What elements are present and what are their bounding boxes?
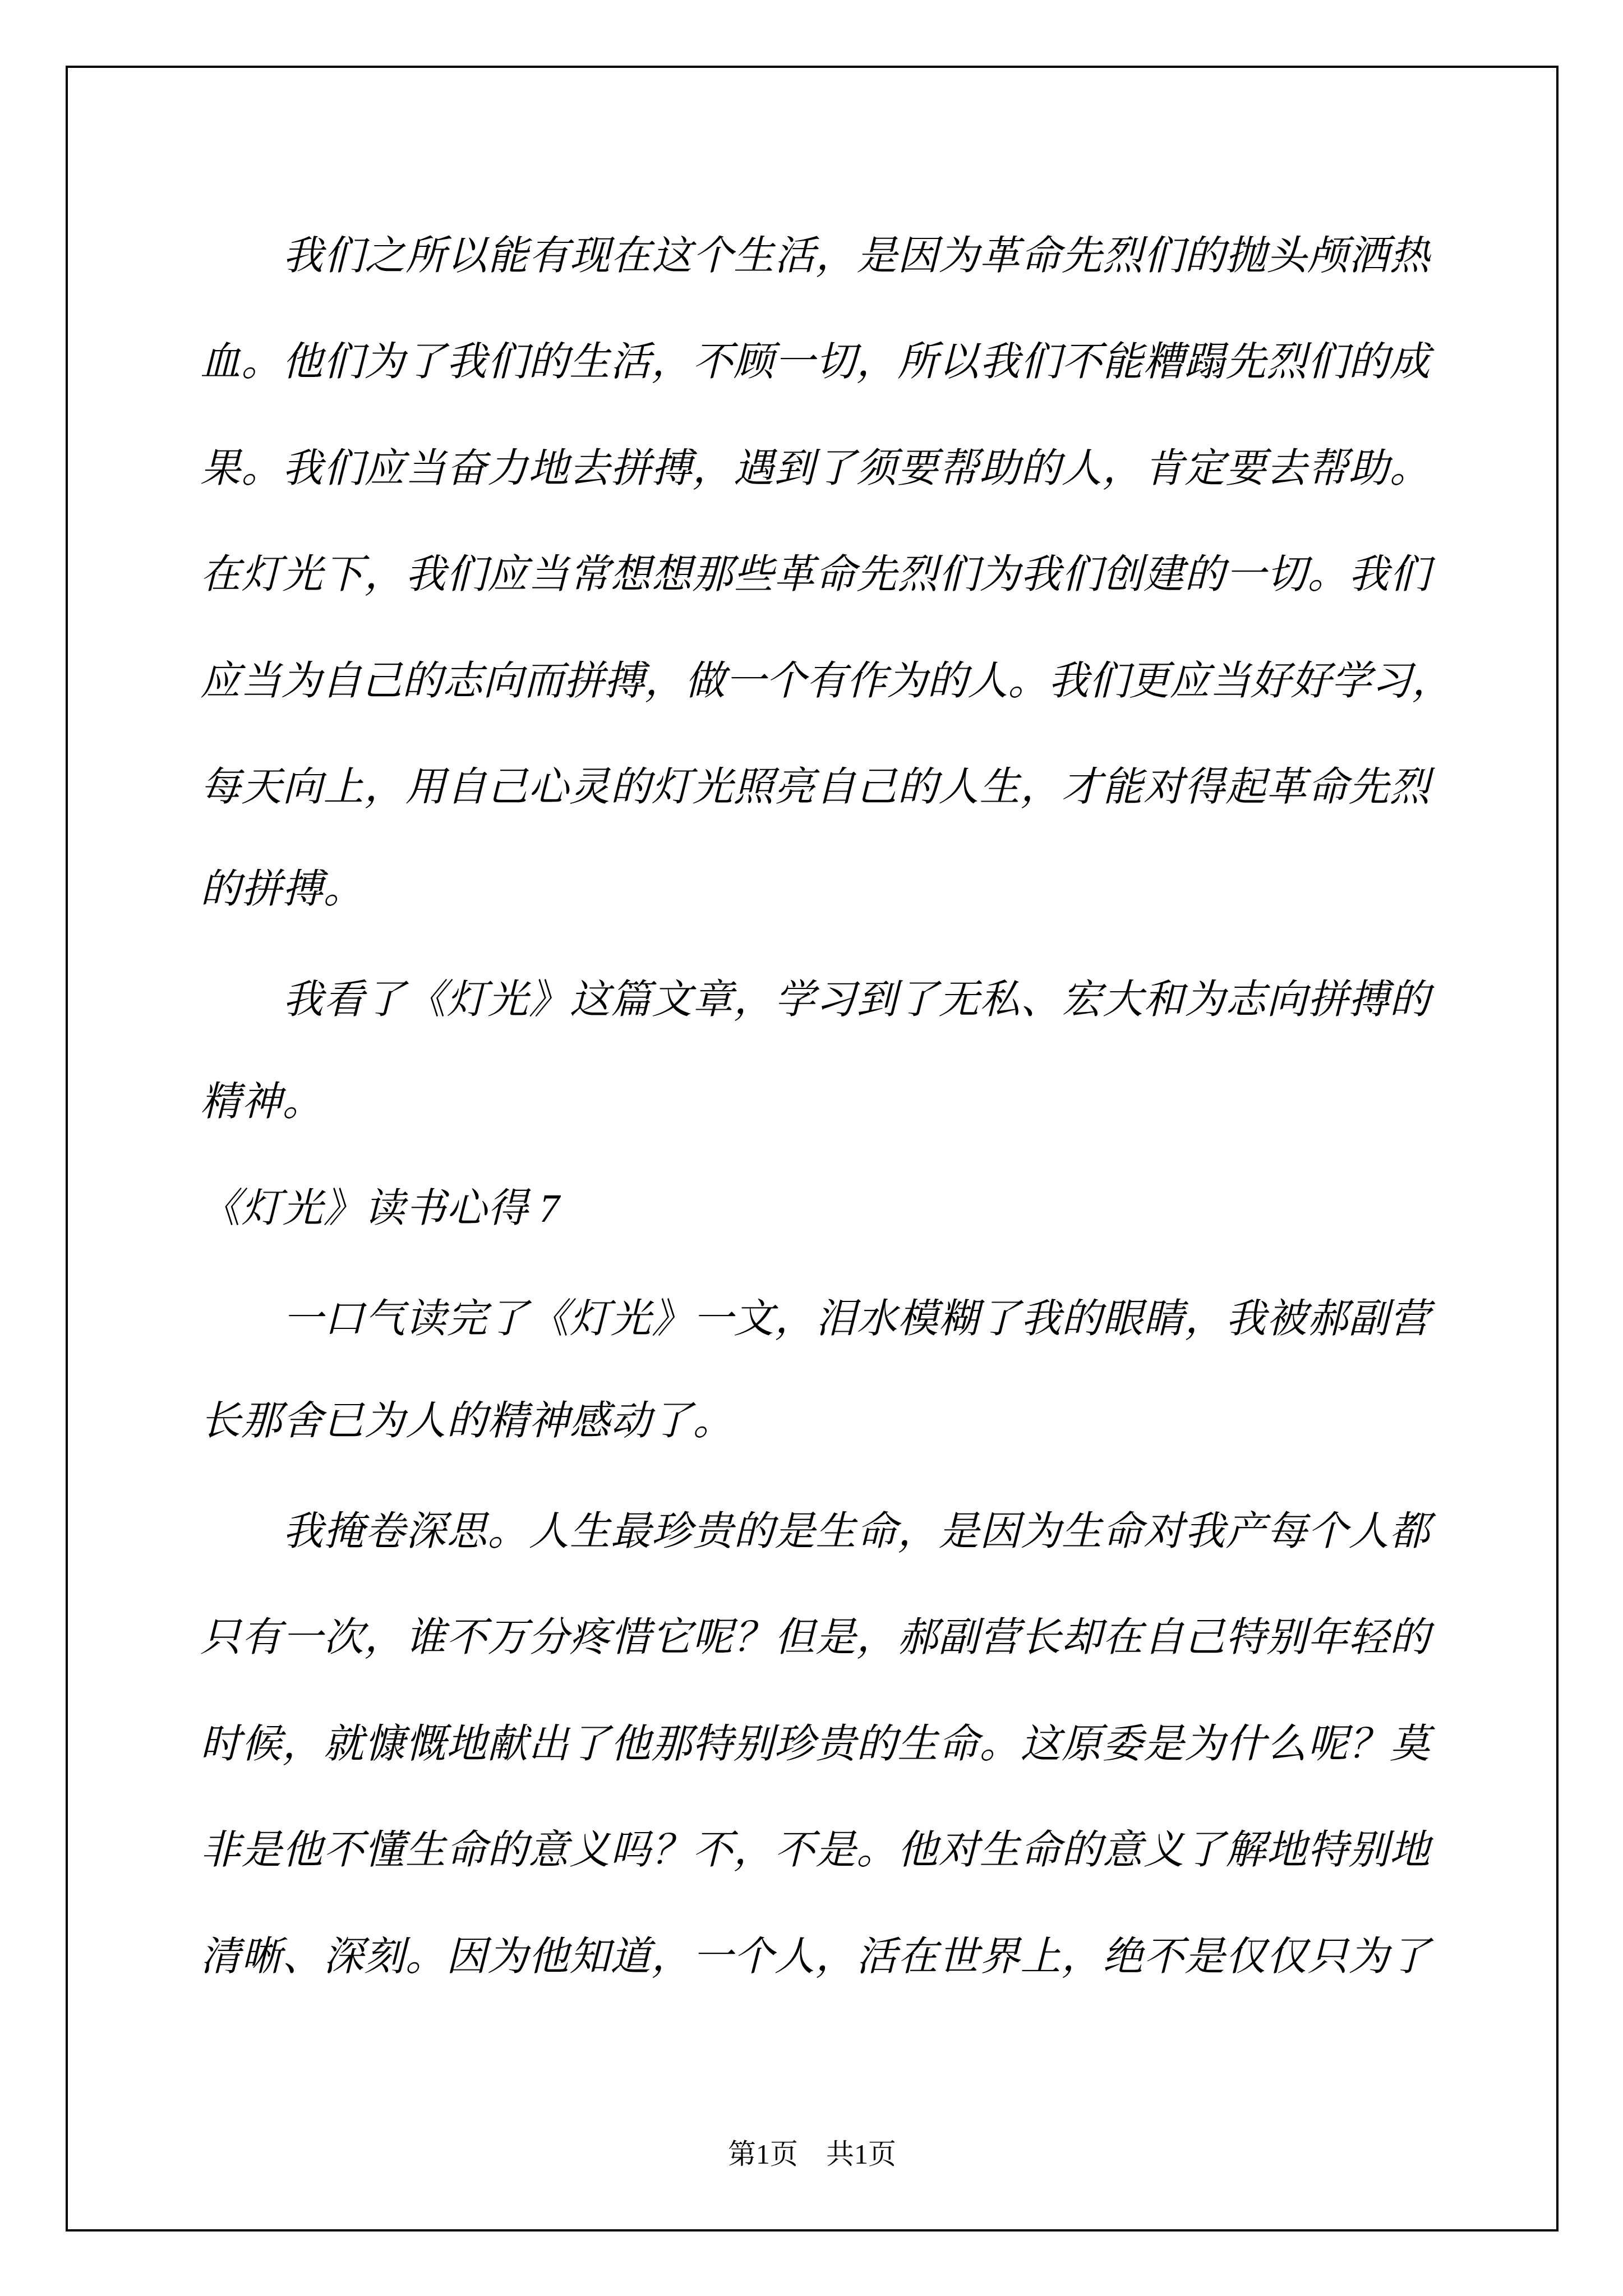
char: 搏 bbox=[1349, 967, 1389, 1025]
char: 是 bbox=[815, 1604, 856, 1663]
char: 应 bbox=[365, 435, 405, 494]
char: 。 bbox=[241, 329, 282, 387]
char: 人 bbox=[529, 1498, 569, 1557]
indent-space bbox=[200, 1527, 282, 1527]
char: 的 bbox=[1390, 967, 1430, 1025]
char: 了 bbox=[569, 1711, 610, 1769]
char: 我 bbox=[1349, 541, 1389, 600]
char: 什 bbox=[1225, 1711, 1266, 1769]
char: 己 bbox=[856, 754, 897, 812]
char: 的 bbox=[1349, 329, 1389, 387]
char: 完 bbox=[446, 1286, 487, 1344]
char: 去 bbox=[569, 435, 610, 494]
char: 助 bbox=[1349, 435, 1389, 494]
char: 们 bbox=[1390, 541, 1430, 600]
char: ， bbox=[1184, 1286, 1225, 1344]
char: ， bbox=[1103, 435, 1143, 494]
char: 》 bbox=[529, 967, 569, 1025]
char: 只 bbox=[1307, 1924, 1348, 1982]
char: 。 bbox=[405, 1924, 446, 1982]
char: 万 bbox=[487, 1604, 528, 1663]
char: 么 bbox=[1266, 1711, 1307, 1769]
char: 颅 bbox=[1307, 223, 1348, 281]
char: 谁 bbox=[405, 1604, 446, 1663]
char: 向 bbox=[483, 648, 523, 706]
char: 的 bbox=[1184, 541, 1225, 600]
char: 活 bbox=[856, 1924, 897, 1982]
char: 为 bbox=[887, 648, 927, 706]
char: 灯 bbox=[446, 967, 487, 1025]
char: 时 bbox=[200, 1711, 241, 1769]
char: 是 bbox=[1144, 1711, 1184, 1769]
char: 特 bbox=[693, 1711, 733, 1769]
char: 人 bbox=[938, 754, 979, 812]
char: 生 bbox=[570, 1498, 610, 1557]
char: ？ bbox=[1349, 1711, 1389, 1769]
char: 己 bbox=[487, 754, 528, 812]
char: 产 bbox=[1225, 1498, 1266, 1557]
char: 烈 bbox=[1103, 223, 1143, 281]
char: 懂 bbox=[365, 1817, 405, 1875]
char: 光 bbox=[693, 754, 733, 812]
text-line: 时候，就慷慨地献出了他那特别珍贵的生命。这原委是为什么呢？莫 bbox=[200, 1687, 1430, 1793]
section-heading-line: 《灯光》读书心得 7 bbox=[200, 1156, 1430, 1262]
char: 们 bbox=[938, 541, 979, 600]
document-body: 我们之所以能有现在这个生活，是因为革命先烈们的抛头颅洒热血。他们为了我们的生活，… bbox=[200, 199, 1430, 2006]
char: 生 bbox=[815, 1498, 856, 1557]
char: 为 bbox=[939, 223, 979, 281]
char: 一 bbox=[725, 648, 766, 706]
char: 好 bbox=[1290, 648, 1331, 706]
char: 光 bbox=[611, 1286, 651, 1344]
char: 那 bbox=[693, 541, 733, 600]
char: 命 bbox=[1021, 223, 1061, 281]
char: 是 bbox=[856, 223, 897, 281]
char: 更 bbox=[1129, 648, 1169, 706]
char: ， bbox=[1062, 1924, 1102, 1982]
char: ， bbox=[856, 1604, 897, 1663]
char: 疼 bbox=[569, 1604, 610, 1663]
char: 献 bbox=[487, 1711, 528, 1769]
char: 去 bbox=[1266, 435, 1307, 494]
char: 绝 bbox=[1103, 1924, 1143, 1982]
char: 活 bbox=[610, 329, 651, 387]
char: 不 bbox=[323, 1817, 363, 1875]
char: ， bbox=[897, 1498, 938, 1557]
char: 意 bbox=[528, 1817, 569, 1875]
char: 我 bbox=[1184, 1498, 1225, 1557]
char: ， bbox=[815, 1924, 856, 1982]
char: 地 bbox=[528, 435, 569, 494]
char: 了 bbox=[1184, 1817, 1225, 1875]
char: 光 bbox=[282, 541, 322, 600]
char: 烈 bbox=[1266, 329, 1307, 387]
char: 了 bbox=[897, 967, 938, 1025]
char: 用 bbox=[405, 754, 446, 812]
char: 次 bbox=[323, 1604, 363, 1663]
char: 顾 bbox=[734, 329, 774, 387]
char: 我 bbox=[282, 435, 322, 494]
char: 当 bbox=[1210, 648, 1250, 706]
char: 的 bbox=[927, 648, 967, 706]
char: 上 bbox=[1021, 1924, 1061, 1982]
char: 郝 bbox=[1307, 1286, 1348, 1344]
char: 到 bbox=[774, 435, 815, 494]
char: 命 bbox=[446, 1817, 487, 1875]
char: 的 bbox=[1062, 1286, 1102, 1344]
char: 吗 bbox=[610, 1817, 651, 1875]
char: 我 bbox=[1021, 541, 1061, 600]
char: ， bbox=[651, 1924, 691, 1982]
char: ， bbox=[774, 1286, 815, 1344]
char: 下 bbox=[323, 541, 363, 600]
char: 习 bbox=[815, 967, 856, 1025]
char: 学 bbox=[774, 967, 815, 1025]
char: 命 bbox=[1021, 1817, 1061, 1875]
char: 才 bbox=[1062, 754, 1102, 812]
char: 己 bbox=[1184, 1604, 1225, 1663]
indent-space bbox=[200, 1314, 282, 1315]
char: 珍 bbox=[652, 1498, 692, 1557]
char: 我 bbox=[979, 329, 1020, 387]
char: ， bbox=[651, 329, 691, 387]
char: 常 bbox=[569, 541, 610, 600]
text-line: 非是他不懂生命的意义吗？不，不是。他对生命的意义了解地特别地 bbox=[200, 1793, 1430, 1900]
char: 地 bbox=[1266, 1817, 1307, 1875]
text-line: 我掩卷深思。人生最珍贵的是生命，是因为生命对我产每个人都 bbox=[200, 1474, 1430, 1581]
char: ， bbox=[693, 435, 733, 494]
char: 看 bbox=[324, 967, 364, 1025]
char: 成 bbox=[1390, 329, 1430, 387]
char: 亮 bbox=[774, 754, 815, 812]
char: 不 bbox=[446, 1604, 487, 1663]
char: 向 bbox=[1266, 967, 1307, 1025]
char: 每 bbox=[200, 754, 241, 812]
char: 解 bbox=[1225, 1817, 1266, 1875]
char: 们 bbox=[1089, 648, 1129, 706]
char: 生 bbox=[897, 1711, 938, 1769]
indent-space bbox=[200, 251, 282, 252]
char: 自 bbox=[815, 754, 856, 812]
char: 只 bbox=[200, 1604, 241, 1663]
char: 先 bbox=[1225, 329, 1266, 387]
char: 奋 bbox=[446, 435, 487, 494]
char: 文 bbox=[734, 1286, 774, 1344]
text-line: 长那舍已为人的精神感动了。 bbox=[200, 1368, 1430, 1475]
char: 深 bbox=[405, 1498, 446, 1557]
char: ？ bbox=[651, 1817, 691, 1875]
char: 拼 bbox=[610, 435, 651, 494]
char: 能 bbox=[1103, 329, 1143, 387]
char: 。 bbox=[241, 435, 282, 494]
char: 不 bbox=[693, 1817, 733, 1875]
char: 为 bbox=[281, 648, 321, 706]
char: 他 bbox=[610, 1711, 651, 1769]
char: 创 bbox=[1103, 541, 1143, 600]
char: 知 bbox=[569, 1924, 610, 1982]
char: 拼 bbox=[564, 648, 604, 706]
char: 一 bbox=[693, 1286, 733, 1344]
char: 灯 bbox=[570, 1286, 610, 1344]
char: 个 bbox=[766, 648, 806, 706]
char: 私 bbox=[980, 967, 1020, 1025]
char: 要 bbox=[1225, 435, 1266, 494]
char: 是 bbox=[774, 1498, 815, 1557]
char: 他 bbox=[528, 1924, 569, 1982]
char: 命 bbox=[1307, 754, 1348, 812]
char: 。 bbox=[1008, 648, 1048, 706]
char: 宏 bbox=[1062, 967, 1102, 1025]
char: ， bbox=[365, 1604, 405, 1663]
char: 了 bbox=[405, 329, 446, 387]
char: 为 bbox=[1184, 967, 1225, 1025]
char: 上 bbox=[323, 754, 363, 812]
char: 生 bbox=[734, 223, 774, 281]
char: 一 bbox=[774, 329, 815, 387]
char: 呢 bbox=[693, 1604, 733, 1663]
char: 别 bbox=[734, 1711, 774, 1769]
char: 惜 bbox=[610, 1604, 651, 1663]
char: 们 bbox=[1062, 541, 1102, 600]
char: ， bbox=[734, 1817, 774, 1875]
char: 的 bbox=[734, 1498, 774, 1557]
char: 最 bbox=[611, 1498, 651, 1557]
char: 长 bbox=[1021, 1604, 1061, 1663]
char: 别 bbox=[1266, 1604, 1307, 1663]
char: 界 bbox=[979, 1924, 1020, 1982]
char: 的 bbox=[487, 1817, 528, 1875]
page-footer: 第1页 共1页 bbox=[66, 2136, 1559, 2172]
text-line: 精神。 bbox=[200, 1049, 1430, 1156]
char: 我 bbox=[283, 967, 323, 1025]
char: 我 bbox=[283, 223, 323, 281]
char: 到 bbox=[856, 967, 897, 1025]
char: 助 bbox=[979, 435, 1020, 494]
char: 珍 bbox=[774, 1711, 815, 1769]
char: 了 bbox=[365, 967, 405, 1025]
char: 志 bbox=[1225, 967, 1266, 1025]
char: 以 bbox=[938, 329, 979, 387]
char: 我 bbox=[1048, 648, 1089, 706]
char: 的 bbox=[897, 754, 938, 812]
char: 人 bbox=[967, 648, 1008, 706]
char: 灯 bbox=[241, 541, 282, 600]
char: 们 bbox=[1144, 223, 1184, 281]
char: 天 bbox=[241, 754, 282, 812]
char: 的 bbox=[1021, 435, 1061, 494]
char: 应 bbox=[200, 648, 241, 706]
char: 不 bbox=[693, 329, 733, 387]
char: 的 bbox=[402, 648, 442, 706]
char: 拼 bbox=[1307, 967, 1348, 1025]
char: ， bbox=[1021, 754, 1061, 812]
char: 这 bbox=[1021, 1711, 1061, 1769]
char: 先 bbox=[1062, 223, 1102, 281]
char: 的 bbox=[1184, 223, 1225, 281]
char: 搏 bbox=[604, 648, 644, 706]
char: 蹋 bbox=[1184, 329, 1225, 387]
char: 篇 bbox=[611, 967, 651, 1025]
text-line: 一口气读完了《灯光》一文，泪水模糊了我的眼睛，我被郝副营 bbox=[200, 1262, 1430, 1368]
char: 我 bbox=[1225, 1286, 1266, 1344]
char: 的 bbox=[1062, 1817, 1102, 1875]
char: 一 bbox=[283, 1286, 323, 1344]
indent-space bbox=[200, 996, 282, 996]
char: 晰 bbox=[241, 1924, 282, 1982]
char: 抛 bbox=[1225, 223, 1266, 281]
char: 义 bbox=[1144, 1817, 1184, 1875]
char: 。 bbox=[979, 1711, 1020, 1769]
char: 好 bbox=[1250, 648, 1290, 706]
char: 们 bbox=[1021, 329, 1061, 387]
char: 想 bbox=[651, 541, 691, 600]
char: 他 bbox=[897, 1817, 938, 1875]
char: 的 bbox=[1390, 1604, 1430, 1663]
char: 是 bbox=[939, 1498, 979, 1557]
char: 水 bbox=[856, 1286, 897, 1344]
char: 为 bbox=[487, 1924, 528, 1982]
char: 当 bbox=[241, 648, 281, 706]
char: 遇 bbox=[734, 435, 774, 494]
char: 口 bbox=[324, 1286, 364, 1344]
text-line: 的拼搏。 bbox=[200, 836, 1430, 943]
char: 命 bbox=[938, 1711, 979, 1769]
char: 帮 bbox=[1307, 435, 1348, 494]
char: 个 bbox=[734, 1924, 774, 1982]
char: 习 bbox=[1371, 648, 1412, 706]
char: 深 bbox=[323, 1924, 363, 1982]
char: 起 bbox=[1225, 754, 1266, 812]
char: 泪 bbox=[815, 1286, 856, 1344]
char: 和 bbox=[1144, 967, 1184, 1025]
char: 仅 bbox=[1266, 1924, 1307, 1982]
char: 要 bbox=[897, 435, 938, 494]
char: 生 bbox=[569, 329, 610, 387]
page-number-label: 第1页 共1页 bbox=[728, 2138, 896, 2170]
char: 果 bbox=[200, 435, 241, 494]
char: ， bbox=[644, 648, 685, 706]
char: 贵 bbox=[815, 1711, 856, 1769]
char: 光 bbox=[488, 967, 528, 1025]
char: 轻 bbox=[1349, 1604, 1389, 1663]
text-line: 应当为自己的志向而拼搏，做一个有作为的人。我们更应当好好学习， bbox=[200, 624, 1430, 730]
char: 向 bbox=[282, 754, 322, 812]
char: 特 bbox=[1307, 1817, 1348, 1875]
char: 慨 bbox=[405, 1711, 446, 1769]
char: 对 bbox=[1144, 1498, 1184, 1557]
char: 头 bbox=[1266, 223, 1307, 281]
char: 地 bbox=[446, 1711, 487, 1769]
char: 营 bbox=[979, 1604, 1020, 1663]
char: 命 bbox=[856, 1498, 897, 1557]
char: 我 bbox=[405, 541, 446, 600]
char: 莫 bbox=[1390, 1711, 1430, 1769]
char: 气 bbox=[365, 1286, 405, 1344]
char: 糟 bbox=[1144, 329, 1184, 387]
char: 切 bbox=[815, 329, 856, 387]
char: ， bbox=[815, 223, 856, 281]
char: 得 bbox=[1184, 754, 1225, 812]
char: 能 bbox=[488, 223, 528, 281]
char: 特 bbox=[1225, 1604, 1266, 1663]
char: 因 bbox=[446, 1924, 487, 1982]
char: 、 bbox=[282, 1924, 322, 1982]
char: 《 bbox=[405, 967, 446, 1025]
char: 而 bbox=[523, 648, 564, 706]
char: 的 bbox=[610, 754, 651, 812]
char: 在 bbox=[200, 541, 241, 600]
char: 搏 bbox=[651, 435, 691, 494]
char: 为 bbox=[1184, 1711, 1225, 1769]
char: 别 bbox=[1349, 1817, 1389, 1875]
char: 了 bbox=[980, 1286, 1020, 1344]
char: 们 bbox=[323, 435, 363, 494]
char: 个 bbox=[693, 223, 733, 281]
char: 委 bbox=[1103, 1711, 1143, 1769]
text-line: 只有一次，谁不万分疼惜它呢？但是，郝副营长却在自己特别年轻的 bbox=[200, 1581, 1430, 1687]
document-page: 我们之所以能有现在这个生活，是因为革命先烈们的抛头颅洒热血。他们为了我们的生活，… bbox=[0, 0, 1623, 2296]
char: 是 bbox=[241, 1817, 282, 1875]
char: 我 bbox=[1021, 1286, 1061, 1344]
char: 现 bbox=[570, 223, 610, 281]
char: 自 bbox=[321, 648, 362, 706]
char: 文 bbox=[652, 967, 692, 1025]
char: 了 bbox=[1390, 1924, 1430, 1982]
char: 那 bbox=[651, 1711, 691, 1769]
char: 不 bbox=[774, 1817, 815, 1875]
char: 对 bbox=[1144, 754, 1184, 812]
text-line: 我看了《灯光》这篇文章，学习到了无私、宏大和为志向拼搏的 bbox=[200, 943, 1430, 1050]
char: 们 bbox=[487, 329, 528, 387]
char: 些 bbox=[734, 541, 774, 600]
char: ， bbox=[365, 754, 405, 812]
char: 为 bbox=[365, 329, 405, 387]
char: ， bbox=[365, 541, 405, 600]
char: 读 bbox=[405, 1286, 446, 1344]
text-line: 在灯光下，我们应当常想想那些革命先烈们为我们创建的一切。我们 bbox=[200, 518, 1430, 624]
char: 建 bbox=[1144, 541, 1184, 600]
char: 热 bbox=[1390, 223, 1430, 281]
char: 因 bbox=[897, 223, 938, 281]
char: 我 bbox=[446, 329, 487, 387]
char: 每 bbox=[1266, 1498, 1307, 1557]
char: 人 bbox=[1349, 1498, 1389, 1557]
char: 所 bbox=[897, 329, 938, 387]
char: 生 bbox=[979, 1817, 1020, 1875]
char: 营 bbox=[1390, 1286, 1430, 1344]
char: 有 bbox=[529, 223, 569, 281]
char: 的 bbox=[528, 329, 569, 387]
char: 先 bbox=[856, 541, 897, 600]
char: 活 bbox=[774, 223, 815, 281]
char: 了 bbox=[488, 1286, 528, 1344]
char: 为 bbox=[1349, 1924, 1389, 1982]
char: 有 bbox=[241, 1604, 282, 1663]
char: 的 bbox=[856, 1711, 897, 1769]
char: 这 bbox=[570, 967, 610, 1025]
char: 被 bbox=[1266, 1286, 1307, 1344]
char: 《 bbox=[529, 1286, 569, 1344]
char: 贵 bbox=[693, 1498, 733, 1557]
char: 这 bbox=[652, 223, 692, 281]
char: 帮 bbox=[938, 435, 979, 494]
char: 人 bbox=[1062, 435, 1102, 494]
text-line: 我们之所以能有现在这个生活，是因为革命先烈们的抛头颅洒热 bbox=[200, 199, 1430, 305]
char: 烈 bbox=[1390, 754, 1430, 812]
char: 慷 bbox=[365, 1711, 405, 1769]
char: 为 bbox=[1021, 1498, 1061, 1557]
char: 想 bbox=[610, 541, 651, 600]
